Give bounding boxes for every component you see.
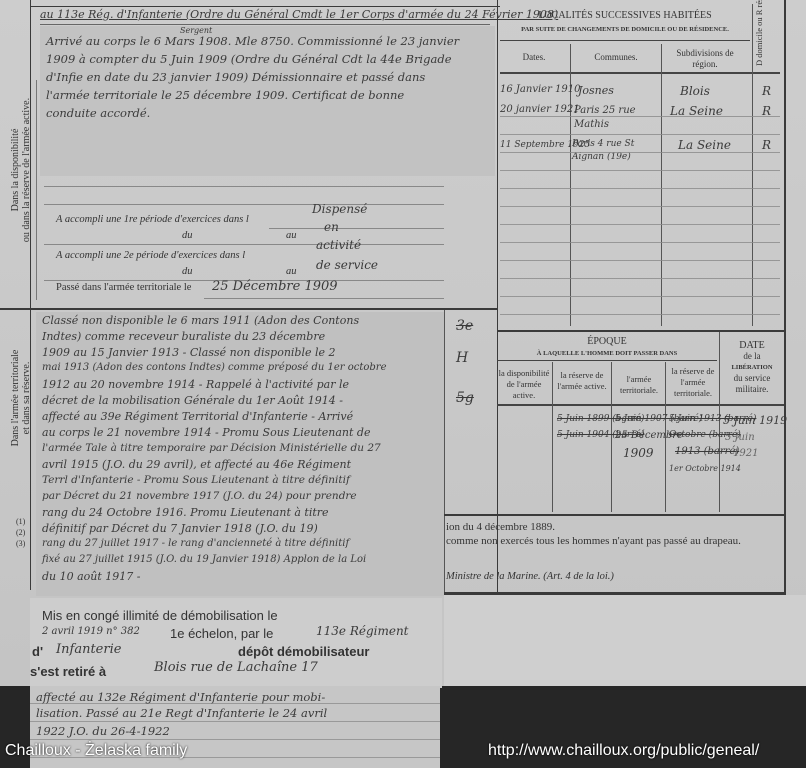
footer-line: comme non exercés tous les hommes n'ayan… [446, 535, 741, 547]
top-line-note: au 113e Rég. d'Infanterie (Ordre du Géné… [40, 8, 558, 21]
slip-handwritten: 113e Régiment [316, 624, 409, 638]
epoque-value: 1er Octobre 1914 [669, 464, 741, 473]
blank-paper [444, 595, 806, 687]
column-header-dates: Dates. [500, 52, 568, 63]
au-label: au [286, 230, 297, 241]
side-label-line: et dans sa réserve. [21, 298, 32, 498]
liberation-value: 5 Juin 1919 [723, 414, 787, 427]
column-header-reserve-active: la réserve de l'armée active. [554, 370, 610, 392]
note-line: par Décret du 21 novembre 1917 (J.O. du … [42, 490, 357, 502]
reserve-side-label: Dans la disponibilité ou dans la réserve… [10, 75, 32, 265]
note-line: Arrivé au corps le 6 Mars 1908. Mle 8750… [46, 34, 459, 48]
rule [44, 204, 444, 205]
residences-subtitle: PAR SUITE DE CHANGEMENTS DE DOMICILE OU … [500, 24, 750, 35]
note-line: affecté au 39e Régiment Territorial d'In… [42, 410, 353, 423]
slip-printed: 1e échelon, par le [170, 626, 273, 641]
epoque-title: ÉPOQUE [497, 336, 717, 347]
column-header-domicile: D domicile ou R résidence. [755, 4, 764, 66]
du-label: du [182, 230, 193, 241]
slip-printed: Mis en congé illimité de démobilisation … [42, 608, 278, 623]
liberation-header-line: de la [723, 351, 781, 362]
bracket-note: en [324, 220, 339, 234]
slip-handwritten: Blois rue de Lachaîne 17 [154, 660, 318, 675]
note-line: affecté au 132e Régiment d'Infanterie po… [36, 690, 325, 704]
note-line: 1909 à compter du 5 Juin 1909 (Ordre du … [46, 52, 452, 66]
territorial-label: Passé dans l'armée territoriale le [56, 282, 191, 293]
note-line: décret de la mobilisation Générale du 1e… [42, 394, 343, 407]
rule [44, 244, 444, 245]
bracket-note: de service [316, 258, 378, 272]
note-line: du 10 août 1917 - [42, 570, 141, 583]
note-line: Indtes) comme receveur buraliste du 23 d… [42, 330, 325, 343]
note-line: 1909 au 15 Janvier 1913 - Classé non dis… [42, 346, 336, 359]
territorial-notes: Classé non disponible le 6 mars 1911 (Ad… [36, 312, 444, 596]
note-line: 1922 J.O. du 26-4-1922 [36, 724, 170, 738]
watermark-family: Chailloux - Żelaska family [5, 742, 187, 760]
territorial-date: 25 Décembre 1909 [212, 279, 338, 294]
footer-line: Ministre de la Marine. (Art. 4 de la loi… [446, 571, 614, 582]
period2-label: A accompli une 2e période d'exercices da… [56, 250, 245, 261]
note-line: mai 1913 (Adon des contons Indtes) comme… [42, 362, 387, 373]
divider [444, 310, 445, 592]
note-line: l'armée territoriale le 25 décembre 1909… [46, 88, 404, 102]
note-line: avril 1915 (J.O. du 29 avril), et affect… [42, 458, 351, 471]
divider [30, 6, 500, 7]
column-header-reserve-territoriale: la réserve de l'armée territoriale. [667, 366, 719, 399]
residences-table: LOCALITÉS SUCCESSIVES HABITÉES PAR SUITE… [500, 4, 784, 330]
residences-title: LOCALITÉS SUCCESSIVES HABITÉES [500, 10, 750, 21]
au-label: au [286, 266, 297, 277]
slip-printed: s'est retiré à [30, 664, 106, 679]
margin-mark: 5g [456, 390, 474, 406]
residence-commune: Josnes [578, 84, 614, 97]
side-label-line: Dans l'armée territoriale [10, 298, 21, 498]
demobilisation-slip: Mis en congé illimité de démobilisation … [30, 598, 442, 688]
divider [40, 24, 490, 25]
divider [552, 362, 553, 512]
service-notes: Sergent Arrivé au corps le 6 Mars 1908. … [40, 26, 495, 176]
footnote-marker: (2) [16, 527, 25, 538]
note-line: fixé au 27 juillet 1915 (J.O. du 19 Janv… [42, 554, 366, 565]
territorial-side-label: Dans l'armée territoriale et dans sa rés… [10, 298, 32, 498]
footnote-marker: (1) [16, 516, 25, 527]
slip-printed: dépôt démobilisateur [238, 644, 369, 659]
column-header-subdivisions: Subdivisions de région. [664, 48, 746, 70]
note-line: 1912 au 20 novembre 1914 - Rappelé à l'a… [42, 378, 349, 391]
note-line: rang du 24 Octobre 1916. Promu Lieutenan… [42, 506, 329, 519]
reserve-section: A accompli une 1re période d'exercices d… [44, 176, 444, 308]
note-line: rang du 27 juillet 1917 - le rang d'anci… [42, 538, 349, 549]
liberation-header: DATE de la LIBÉRATION du service militai… [723, 340, 781, 395]
side-label-line: Dans la disponibilité [10, 75, 21, 265]
epoque-value: 1909 [623, 446, 654, 460]
divider [500, 40, 750, 41]
liberation-value: 1921 [733, 448, 758, 459]
note-line: définitif par Décret du 7 Janvier 1918 (… [42, 522, 318, 535]
footer-line: ion du 4 décembre 1889. [446, 521, 555, 533]
bracket-note: Dispensé [312, 202, 367, 216]
liberation-header-line: DATE [723, 340, 781, 351]
note-line: d'Infie en date du 23 janvier 1909) Démi… [46, 70, 425, 84]
note-line: au corps le 21 novembre 1914 - Promu Sou… [42, 426, 370, 439]
side-label-line: ou dans la réserve de l'armée active. [21, 75, 32, 265]
residence-date: 16 Janvier 1910 [500, 84, 581, 95]
divider [500, 72, 780, 74]
residence-subdivision: Blois [680, 84, 710, 98]
slip-printed: d' [32, 644, 43, 659]
margin-mark: H [456, 350, 468, 366]
divider [784, 0, 786, 595]
du-label: du [182, 266, 193, 277]
note-line: Classé non disponible le 6 mars 1911 (Ad… [42, 314, 359, 327]
epoque-table: ÉPOQUE À LAQUELLE L'HOMME DOIT PASSER DA… [497, 332, 784, 512]
rule [204, 298, 444, 299]
slip-handwritten: 2 avril 1919 n° 382 [42, 626, 140, 637]
residence-type: R [762, 84, 771, 98]
note-line: l'armée Tale à titre temporaire par Déci… [42, 442, 381, 454]
watermark-url: http://www.chailloux.org/public/geneal/ [488, 742, 759, 760]
column-header-territoriale: l'armée territoriale. [613, 374, 665, 396]
epoque-subtitle: À LAQUELLE L'HOMME DOIT PASSER DANS [497, 348, 717, 359]
divider [444, 514, 784, 516]
note-line: Terrl d'Infanterie - Promu Sous Lieutena… [42, 474, 350, 486]
liberation-value: 5 Juin [725, 432, 755, 443]
liberation-header-line: militaire. [723, 384, 781, 395]
liberation-header-line: du service [723, 373, 781, 384]
divider [497, 404, 784, 406]
divider [497, 360, 717, 361]
epoque-value: 1913 (barré) [675, 446, 739, 457]
note-line: lisation. Passé au 21e Regt d'Infanterie… [36, 706, 327, 720]
column-header-disponibilite: la disponibilité de l'armée active. [497, 368, 551, 401]
rule [44, 186, 444, 187]
column-header-communes: Communes. [572, 52, 660, 63]
rule [269, 228, 444, 229]
divider [0, 308, 497, 310]
slip-handwritten: Infanterie [56, 642, 121, 657]
liberation-header-line: LIBÉRATION [723, 362, 781, 373]
bracket-note: activité [316, 238, 361, 252]
footnote-marker: (3) [16, 538, 25, 549]
ruled-lines [500, 99, 780, 329]
period1-label: A accompli une 1re période d'exercices d… [56, 214, 249, 225]
note-line: conduite accordé. [46, 106, 150, 120]
bracket-line [36, 80, 37, 300]
footnote-markers: (1) (2) (3) [16, 516, 25, 549]
margin-mark: 3e [456, 318, 473, 334]
